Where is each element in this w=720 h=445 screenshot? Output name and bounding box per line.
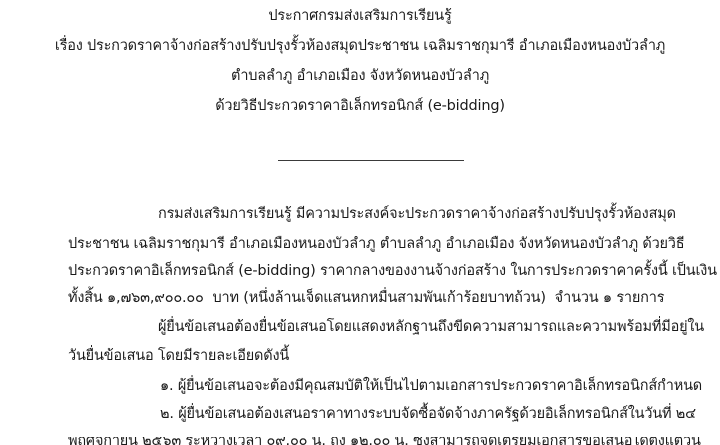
quantity-label: จำนวน <box>555 290 599 306</box>
amount-in-words: (หนึ่งล้านเจ็ดแสนหกหมื่นสามพันเก้าร้อยบา… <box>243 290 546 306</box>
announcement-title: ประกาศกรมส่งเสริมการเรียนรู้ <box>0 6 720 26</box>
paragraph2-line2: วันยื่นข้อเสนอ โดยมีรายละเอียดดังนี้ <box>68 346 289 366</box>
item-text: ผู้ยื่นข้อเสนอจะต้องมีคุณสมบัติให้เป็นไป… <box>178 378 702 394</box>
cutoff-line: พฤศจิกายน ๒๕๖๓ ระหว่างเวลา ๐๙.๐๐ น. ถึง … <box>68 437 701 445</box>
quantity-value: ๑ <box>603 290 612 306</box>
header-divider <box>278 160 464 161</box>
paragraph1-line4: ทั้งสิ้น ๑,๗๖๓,๙๐๐.๐๐ บาท (หนึ่งล้านเจ็ด… <box>68 288 664 308</box>
announcement-method: ด้วยวิธีประกวดราคาอิเล็กทรอนิกส์ (e-bidd… <box>0 96 720 116</box>
item-text: ผู้ยื่นข้อเสนอต้องเสนอราคาทางระบบจัดซื้อ… <box>178 406 696 422</box>
document-page: ประกาศกรมส่งเสริมการเรียนรู้ เรื่อง ประก… <box>0 0 720 445</box>
paragraph1-line3: ประกวดราคาอิเล็กทรอนิกส์ (e-bidding) ราค… <box>68 261 717 281</box>
requirement-item-2: ๒. ผู้ยื่นข้อเสนอต้องเสนอราคาทางระบบจัดซ… <box>160 404 696 424</box>
requirement-item-1: ๑. ผู้ยื่นข้อเสนอจะต้องมีคุณสมบัติให้เป็… <box>160 376 702 396</box>
cutoff-region: พฤศจิกายน ๒๕๖๓ ระหว่างเวลา ๐๙.๐๐ น. ถึง … <box>0 437 720 445</box>
budget-amount: ๑,๗๖๓,๙๐๐.๐๐ <box>107 290 204 306</box>
announcement-subject: เรื่อง ประกวดราคาจ้างก่อสร้างปรับปรุงรั้… <box>0 36 720 56</box>
total-prefix: ทั้งสิ้น <box>68 290 103 306</box>
item-number: ๑. <box>160 378 173 394</box>
item-number: ๒. <box>160 406 174 422</box>
currency-label: บาท <box>213 290 239 306</box>
paragraph1-line1: กรมส่งเสริมการเรียนรู้ มีความประสงค์จะปร… <box>158 204 676 224</box>
paragraph1-line2: ประชาชน เฉลิมราชกุมารี อำเภอเมืองหนองบัว… <box>68 234 684 254</box>
paragraph2-line1: ผู้ยื่นข้อเสนอต้องยื่นข้อเสนอโดยแสดงหลัก… <box>158 317 704 337</box>
quantity-unit: รายการ <box>616 290 664 306</box>
announcement-location: ตำบลลำภู อำเภอเมือง จังหวัดหนองบัวลำภู <box>0 66 720 86</box>
